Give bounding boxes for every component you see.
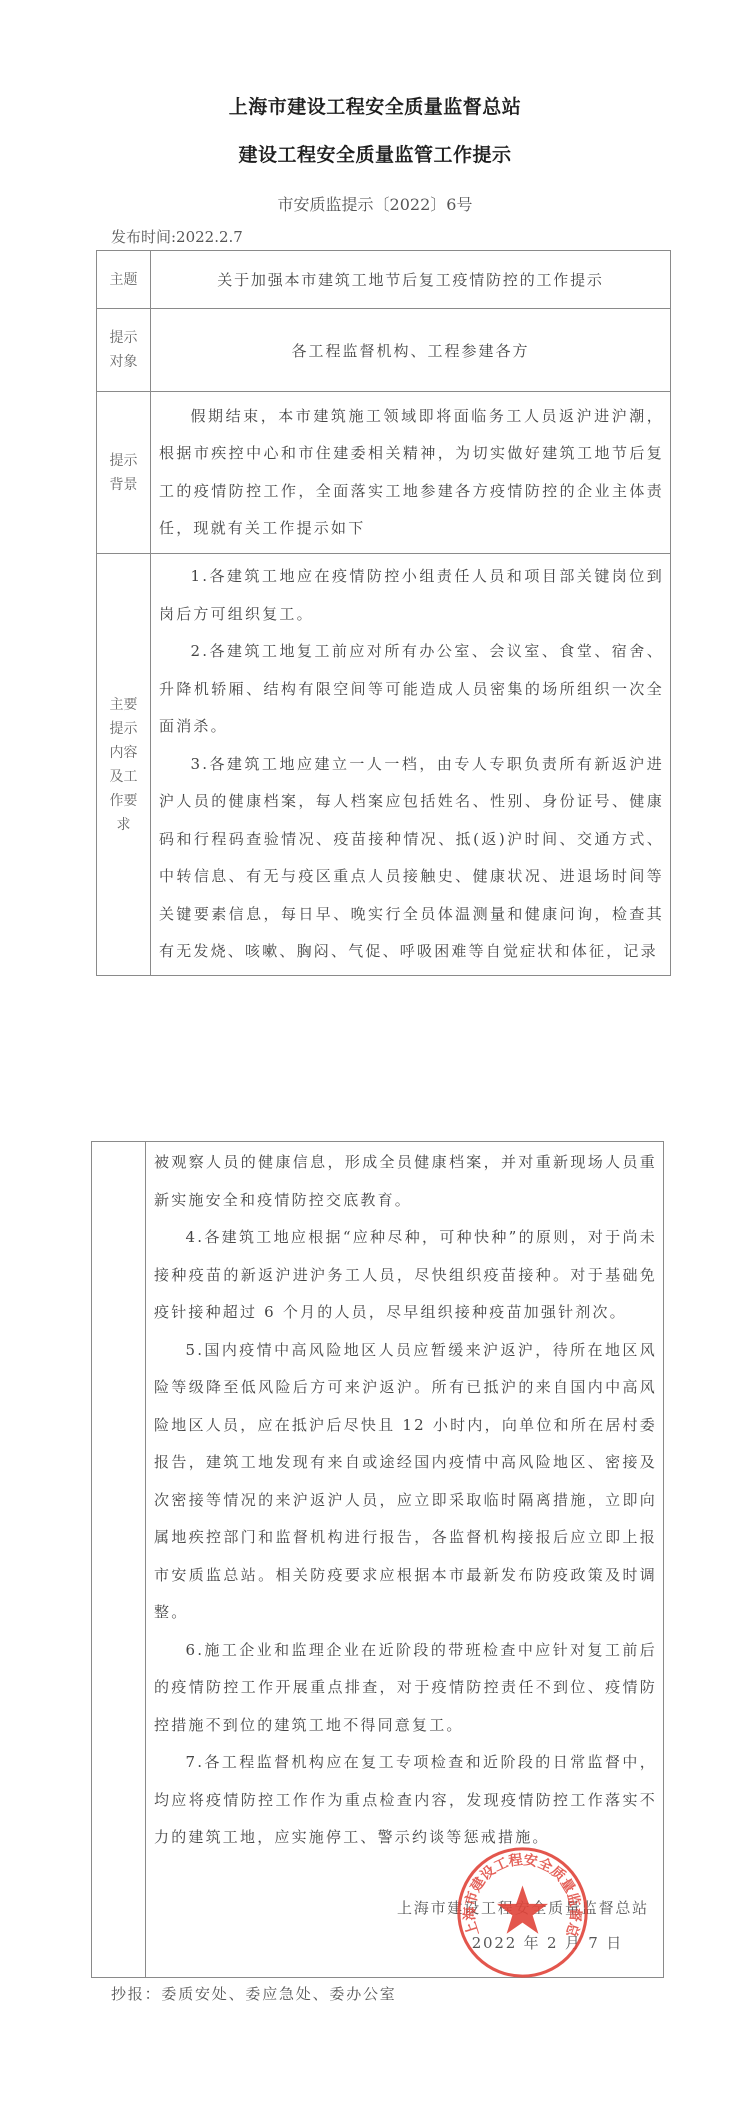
background-label: 提示 背景 (97, 392, 151, 554)
cc-line: 抄报：委质安处、委应急处、委办公室 (111, 1983, 397, 2004)
doc-number: 市安质监提示〔2022〕6号 (0, 192, 750, 215)
empty-label-cell (92, 1142, 146, 1978)
requirements-continued-cell: 被观察人员的健康信息，形成全员健康档案，并对重新现场人员重新实施安全和疫情防控交… (146, 1142, 664, 1978)
background-text-cell: 假期结束，本市建筑施工领域即将面临务工人员返沪进沪潮，根据市疾控中心和市住建委相… (151, 392, 671, 554)
doc-title: 建设工程安全质量监管工作提示 (0, 140, 750, 167)
requirement-item-4: 4.各建筑工地应根据“应种尽种，可种快种”的原则，对于尚未接种疫苗的新返沪进沪务… (146, 1219, 663, 1332)
requirements-continued-row: 被观察人员的健康信息，形成全员健康档案，并对重新现场人员重新实施安全和疫情防控交… (92, 1142, 664, 1978)
requirements-text-cell: 1.各建筑工地应在疫情防控小组责任人员和项目部关键岗位到岗后方可组织复工。 2.… (151, 554, 671, 976)
target-row: 提示 对象 各工程监督机构、工程参建各方 (97, 309, 671, 392)
org-title: 上海市建设工程安全质量监督总站 (0, 92, 750, 119)
requirement-item-3: 3.各建筑工地应建立一人一档，由专人专职负责所有新返沪进沪人员的健康档案，每人档… (151, 746, 670, 971)
requirement-item-7: 7.各工程监督机构应在复工专项检查和近阶段的日常监督中，均应将疫情防控工作作为重… (146, 1744, 663, 1857)
background-paragraph: 假期结束，本市建筑施工领域即将面临务工人员返沪进沪潮，根据市疾控中心和市住建委相… (151, 398, 670, 548)
signature-date: 2022 年 2 月 7 日 (146, 1932, 663, 1953)
requirements-label: 主要 提示 内容 及工 作要 求 (97, 554, 151, 976)
subject-value: 关于加强本市建筑工地节后复工疫情防控的工作提示 (151, 251, 671, 309)
subject-row: 主题 关于加强本市建筑工地节后复工疫情防控的工作提示 (97, 251, 671, 309)
target-value: 各工程监督机构、工程参建各方 (151, 309, 671, 392)
subject-label: 主题 (97, 251, 151, 309)
signature-org: 上海市建设工程安全质量监督总站 (146, 1897, 663, 1918)
notice-table-page1: 主题 关于加强本市建筑工地节后复工疫情防控的工作提示 提示 对象 各工程监督机构… (96, 250, 671, 976)
requirement-item-3-continued: 被观察人员的健康信息，形成全员健康档案，并对重新现场人员重新实施安全和疫情防控交… (146, 1144, 663, 1219)
publish-time: 发布时间:2022.2.7 (111, 226, 243, 247)
target-label: 提示 对象 (97, 309, 151, 392)
requirement-item-1: 1.各建筑工地应在疫情防控小组责任人员和项目部关键岗位到岗后方可组织复工。 (151, 558, 670, 633)
requirement-item-6: 6.施工企业和监理企业在近阶段的带班检查中应针对复工前后的疫情防控工作开展重点排… (146, 1632, 663, 1745)
notice-table-page2: 被观察人员的健康信息，形成全员健康档案，并对重新现场人员重新实施安全和疫情防控交… (91, 1141, 664, 1978)
requirement-item-5: 5.国内疫情中高风险地区人员应暂缓来沪返沪，待所在地区风险等级降至低风险后方可来… (146, 1332, 663, 1632)
requirements-row: 主要 提示 内容 及工 作要 求 1.各建筑工地应在疫情防控小组责任人员和项目部… (97, 554, 671, 976)
requirement-item-2: 2.各建筑工地复工前应对所有办公室、会议室、食堂、宿舍、升降机轿厢、结构有限空间… (151, 633, 670, 746)
background-row: 提示 背景 假期结束，本市建筑施工领域即将面临务工人员返沪进沪潮，根据市疾控中心… (97, 392, 671, 554)
